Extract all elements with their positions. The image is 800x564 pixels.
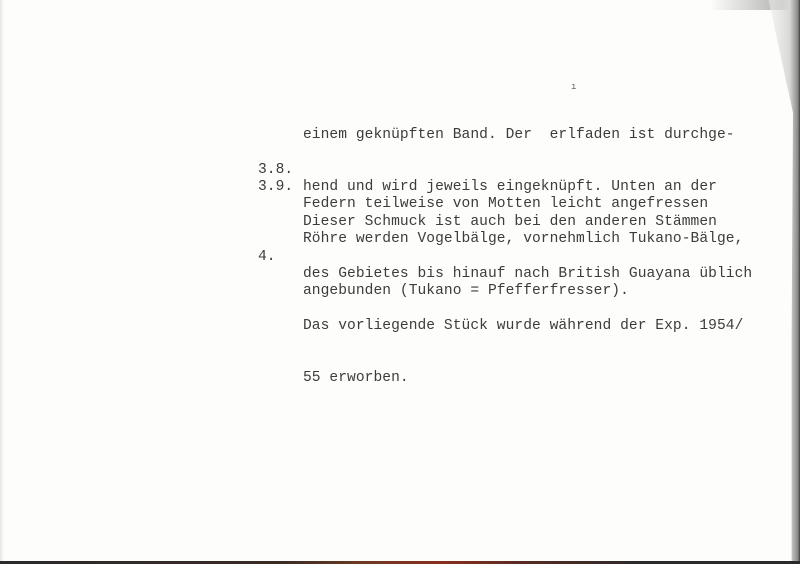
overstrike-mark: ı (571, 82, 576, 92)
text-line: Das vorliegende Stück wurde während der … (303, 318, 752, 335)
item-number: 3.8. (258, 162, 293, 179)
text-line: 55 erworben. (303, 370, 752, 387)
item-number: 3.9. (258, 179, 293, 196)
text-line: des Gebietes bis hinauf nach British Gua… (303, 266, 752, 283)
item-number: 4. (258, 249, 276, 266)
scanned-page: einem geknüpften Band. Der erlfaden ist … (0, 0, 800, 564)
item-3-9-text: Dieser Schmuck ist auch bei den anderen … (303, 179, 752, 423)
text-line: einem geknüpften Band. Der erlfaden ist … (303, 127, 743, 144)
text-line: Dieser Schmuck ist auch bei den anderen … (303, 214, 752, 231)
page-left-edge-shadow (0, 0, 4, 564)
